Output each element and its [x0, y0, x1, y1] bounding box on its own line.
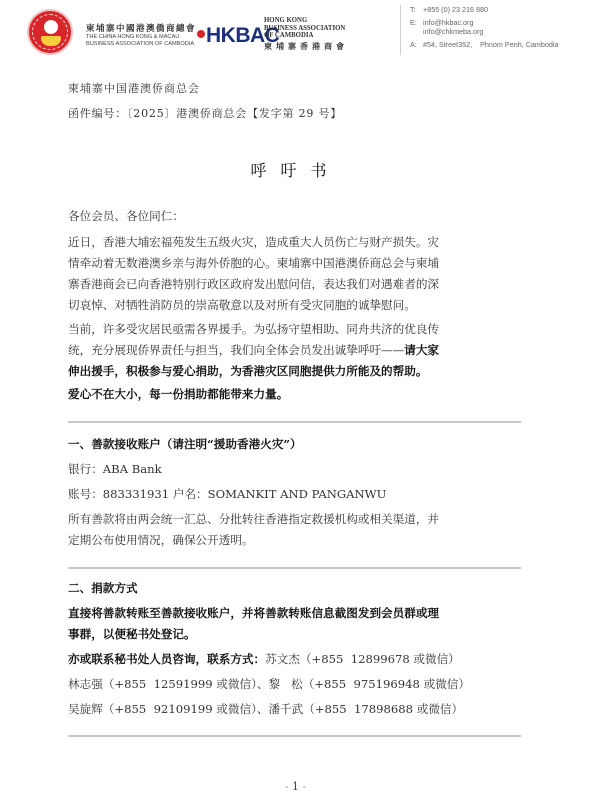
para3-text: 爱心不在大小，每一份捐助都能带来力量。	[68, 384, 523, 405]
para2-line2-normal: 统，充分展现侨界责任与担当，我们向全体会员发出诚挚呼吁——	[68, 343, 404, 357]
para2-line3-bold: 伸出援手，积极参与爱心捐助，为香港灾区同胞提供力所能及的帮助。	[68, 361, 523, 382]
page-number: - 1 -	[0, 780, 591, 793]
email-value-1[interactable]: info@hkbac.org	[423, 18, 473, 27]
para1-line: 寨香港商会已向香港特别行政区政府发出慰问信，表达我们对遇难者的深	[68, 274, 523, 295]
org2-name-cn: 柬埔寨香港商會	[264, 41, 348, 52]
contact-intro: 亦或联系秘书处人员咨询，联系方式：	[68, 652, 265, 666]
para2-line: 当前，许多受灾居民亟需各界援手。为弘扬守望相助、同舟共济的优良传	[68, 319, 523, 340]
salutation: 各位会员、各位同仁：	[68, 206, 523, 227]
section2-instruction-line: 直接将善款转账至善款接收账户，并将善款转账信息截图发到会员群或理	[68, 603, 523, 624]
org1-name-en-1: THE CHINA HONG KONG & MACAU	[86, 34, 196, 41]
org2-name-en-2: BUSINESS ASSOCIATION	[264, 25, 348, 33]
address-value: #54, Street352, Phnom Penh, Cambodia	[423, 40, 558, 49]
org2-name-en-1: HONG KONG	[264, 17, 348, 25]
bauhinia-flower-icon	[197, 30, 205, 38]
sender-name: 柬埔寨中国港澳侨商总会	[68, 80, 200, 96]
org1-name-block: 柬埔寨中國港澳僑商總會 THE CHINA HONG KONG & MACAU …	[86, 22, 196, 48]
section-2: 二、捐款方式 直接将善款转账至善款接收账户，并将善款转账信息截图发到会员群或理 …	[68, 578, 523, 720]
contact-line: 林志强（+855 12591999 或微信）、黎 松（+855 97519694…	[68, 674, 523, 695]
contact-line: 亦或联系秘书处人员咨询，联系方式：苏文杰（+855 12899678 或微信）	[68, 649, 523, 670]
account-info: 账号：883331931 户名：SOMANKIT AND PANGANWU	[68, 484, 523, 505]
org1-name-en-2: BUSINESS ASSOCIATION OF CAMBODIA	[86, 41, 196, 48]
bank-name: 银行：ABA Bank	[68, 459, 523, 480]
chkmba-logo-icon	[27, 9, 73, 55]
tel-label: T:	[410, 5, 423, 14]
para2-line2-bold: 请大家	[404, 343, 439, 357]
document-title: 呼吁书	[0, 158, 591, 181]
email-label: E:	[410, 18, 423, 27]
section-divider	[68, 421, 521, 423]
para2-line: 统，充分展现侨界责任与担当，我们向全体会员发出诚挚呼吁——请大家	[68, 340, 523, 361]
section-divider	[68, 567, 521, 569]
section1-heading: 一、善款接收账户（请注明“援助香港火灾”）	[68, 434, 523, 455]
para1-line: 切哀悼、对牺牲消防员的崇高敬意以及对所有受灾同胞的诚挚慰问。	[68, 295, 523, 316]
section-1: 一、善款接收账户（请注明“援助香港火灾”） 银行：ABA Bank 账号：883…	[68, 434, 523, 551]
tel-value: +855 (0) 23 216 880	[423, 5, 488, 14]
org2-name-en-3: OF CAMBODIA	[264, 32, 348, 40]
contact-line: 吴旋辉（+855 92109199 或微信）、潘千武（+855 17898688…	[68, 699, 523, 720]
org1-name-cn: 柬埔寨中國港澳僑商總會	[86, 22, 196, 34]
paragraph-2: 当前，许多受灾居民亟需各界援手。为弘扬守望相助、同舟共济的优良传 统，充分展现侨…	[68, 319, 523, 382]
bauhinia-flower-icon	[44, 20, 58, 34]
section1-note-line: 所有善款将由两会统一汇总、分批转往香港指定救援机构或相关渠道，并	[68, 509, 523, 530]
para1-line: 情牵动着无数港澳乡亲与海外侨胞的心。柬埔寨中国港澳侨商总会与柬埔	[68, 253, 523, 274]
section2-instruction-line: 事群，以便秘书处登记。	[68, 624, 523, 645]
section-divider	[68, 735, 521, 737]
para1-line: 近日，香港大埔宏福苑发生五级火灾，造成重大人员伤亡与财产损失。灾	[68, 232, 523, 253]
section2-heading: 二、捐款方式	[68, 578, 523, 599]
org2-name-block: HONG KONG BUSINESS ASSOCIATION OF CAMBOD…	[264, 17, 348, 52]
contact-info: T:+855 (0) 23 216 880 E:info@hkbac.org i…	[400, 5, 558, 55]
paragraph-1: 近日，香港大埔宏福苑发生五级火灾，造成重大人员伤亡与财产损失。灾 情牵动着无数港…	[68, 232, 523, 316]
page-number-value: 1	[292, 780, 299, 793]
address-label: A:	[410, 40, 423, 49]
paragraph-3: 爱心不在大小，每一份捐助都能带来力量。	[68, 384, 523, 405]
section1-note-line: 定期公布使用情况，确保公开透明。	[68, 530, 523, 551]
salutation-text: 各位会员、各位同仁：	[68, 206, 523, 227]
reference-number: 函件编号：〔2025〕港澳侨商总会【发字第 29 号】	[68, 105, 342, 121]
email-value-2[interactable]: info@chkmeba.org	[423, 27, 483, 36]
contact-person-1: 苏文杰（+855 12899678 或微信）	[265, 652, 460, 666]
letterhead: 柬埔寨中國港澳僑商總會 THE CHINA HONG KONG & MACAU …	[0, 0, 591, 62]
